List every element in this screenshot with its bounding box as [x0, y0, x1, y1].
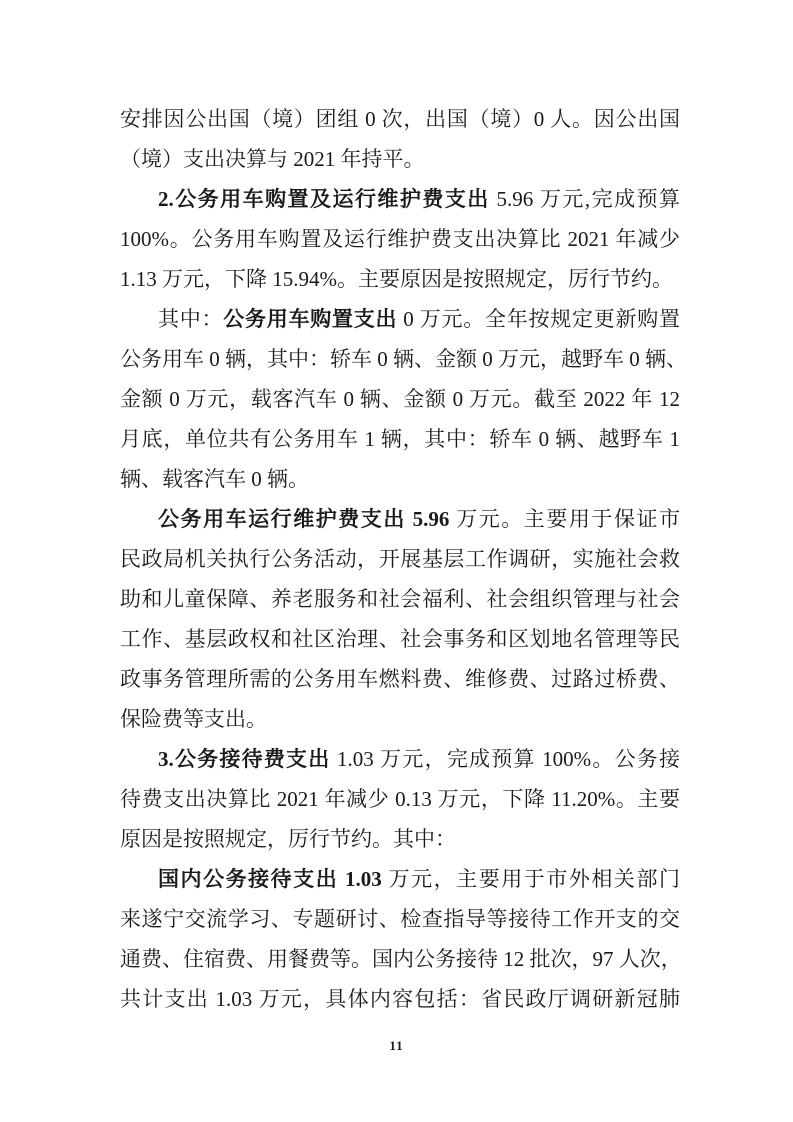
text-run: 100%。公务用车购置及运行维护费支出决算比 2021 年减少	[120, 227, 680, 251]
bold-text-run: 3.公务接待费支出	[158, 747, 330, 771]
text-run: 1.13 万元，下降 15.94%。主要原因是按照规定，厉行节约。	[120, 267, 673, 291]
text-run: 政事务管理所需的公务用车燃料费、维修费、过路过桥费、	[120, 667, 680, 691]
text-run: 万元。主要用于保证市	[449, 507, 680, 531]
text-run: 1.03 万元，完成预算 100%。公务接	[330, 747, 680, 771]
document-body: 安排因公出国（境）团组 0 次，出国（境）0 人。因公出国（境）支出决算与 20…	[120, 99, 680, 1019]
text-line: 1.13 万元，下降 15.94%。主要原因是按照规定，厉行节约。	[120, 259, 680, 299]
text-line: 100%。公务用车购置及运行维护费支出决算比 2021 年减少	[120, 219, 680, 259]
text-run: 通费、住宿费、用餐费等。国内公务接待 12 批次，97 人次，	[120, 947, 680, 971]
document-page: 安排因公出国（境）团组 0 次，出国（境）0 人。因公出国（境）支出决算与 20…	[0, 0, 793, 1122]
text-run: 来遂宁交流学习、专题研讨、检查指导等接待工作开支的交	[120, 907, 680, 931]
text-run: 月底，单位共有公务用车 1 辆，其中：轿车 0 辆、越野车 1	[120, 427, 680, 451]
text-line: 辆、载客汽车 0 辆。	[120, 459, 680, 499]
text-line: 月底，单位共有公务用车 1 辆，其中：轿车 0 辆、越野车 1	[120, 419, 680, 459]
text-line: 共计支出 1.03 万元，具体内容包括：省民政厅调研新冠肺	[120, 979, 680, 1019]
text-run: 待费支出决算比 2021 年减少 0.13 万元，下降 11.20%。主要	[120, 787, 680, 811]
text-line: 政事务管理所需的公务用车燃料费、维修费、过路过桥费、	[120, 659, 680, 699]
text-line: 原因是按照规定，厉行节约。其中：	[120, 819, 680, 859]
bold-text-run: 公务用车购置支出	[223, 307, 397, 331]
text-run: 辆、载客汽车 0 辆。	[120, 467, 309, 491]
text-run: 5.96 万元,完成预算	[490, 187, 680, 211]
text-run: （境）支出决算与 2021 年持平。	[120, 147, 425, 171]
text-line: 安排因公出国（境）团组 0 次，出国（境）0 人。因公出国	[120, 99, 680, 139]
text-line: 3.公务接待费支出 1.03 万元，完成预算 100%。公务接	[120, 739, 680, 779]
text-run: 安排因公出国（境）团组 0 次，出国（境）0 人。因公出国	[120, 107, 680, 131]
text-line: （境）支出决算与 2021 年持平。	[120, 139, 680, 179]
text-run: 金额 0 万元，载客汽车 0 辆、金额 0 万元。截至 2022 年 12	[120, 387, 680, 411]
text-line: 来遂宁交流学习、专题研讨、检查指导等接待工作开支的交	[120, 899, 680, 939]
bold-text-run: 2.公务用车购置及运行维护费支出	[158, 187, 490, 211]
text-line: 通费、住宿费、用餐费等。国内公务接待 12 批次，97 人次，	[120, 939, 680, 979]
text-line: 助和儿童保障、养老服务和社会福利、社会组织管理与社会	[120, 579, 680, 619]
text-line: 待费支出决算比 2021 年减少 0.13 万元，下降 11.20%。主要	[120, 779, 680, 819]
text-line: 公务用车 0 辆，其中：轿车 0 辆、金额 0 万元，越野车 0 辆、	[120, 339, 680, 379]
text-line: 2.公务用车购置及运行维护费支出 5.96 万元,完成预算	[120, 179, 680, 219]
text-run: 工作、基层政权和社区治理、社会事务和区划地名管理等民	[120, 627, 680, 651]
text-run: 助和儿童保障、养老服务和社会福利、社会组织管理与社会	[120, 587, 680, 611]
text-line: 其中：公务用车购置支出 0 万元。全年按规定更新购置	[120, 299, 680, 339]
bold-text-run: 国内公务接待支出 1.03	[158, 867, 382, 891]
page-number: 11	[0, 1036, 793, 1056]
text-line: 金额 0 万元，载客汽车 0 辆、金额 0 万元。截至 2022 年 12	[120, 379, 680, 419]
text-run: 公务用车 0 辆，其中：轿车 0 辆、金额 0 万元，越野车 0 辆、	[120, 347, 680, 371]
text-run: 0 万元。全年按规定更新购置	[397, 307, 680, 331]
text-line: 公务用车运行维护费支出 5.96 万元。主要用于保证市	[120, 499, 680, 539]
text-line: 民政局机关执行公务活动，开展基层工作调研，实施社会救	[120, 539, 680, 579]
text-run: 保险费等支出。	[120, 707, 267, 731]
text-run: 万元，主要用于市外相关部门	[382, 867, 680, 891]
text-run: 民政局机关执行公务活动，开展基层工作调研，实施社会救	[120, 547, 680, 571]
bold-text-run: 公务用车运行维护费支出 5.96	[158, 507, 449, 531]
text-run: 原因是按照规定，厉行节约。其中：	[120, 827, 456, 851]
text-line: 国内公务接待支出 1.03 万元，主要用于市外相关部门	[120, 859, 680, 899]
text-run: 共计支出 1.03 万元，具体内容包括：省民政厅调研新冠肺	[120, 987, 680, 1011]
text-run: 其中：	[158, 307, 223, 331]
text-line: 保险费等支出。	[120, 699, 680, 739]
text-line: 工作、基层政权和社区治理、社会事务和区划地名管理等民	[120, 619, 680, 659]
